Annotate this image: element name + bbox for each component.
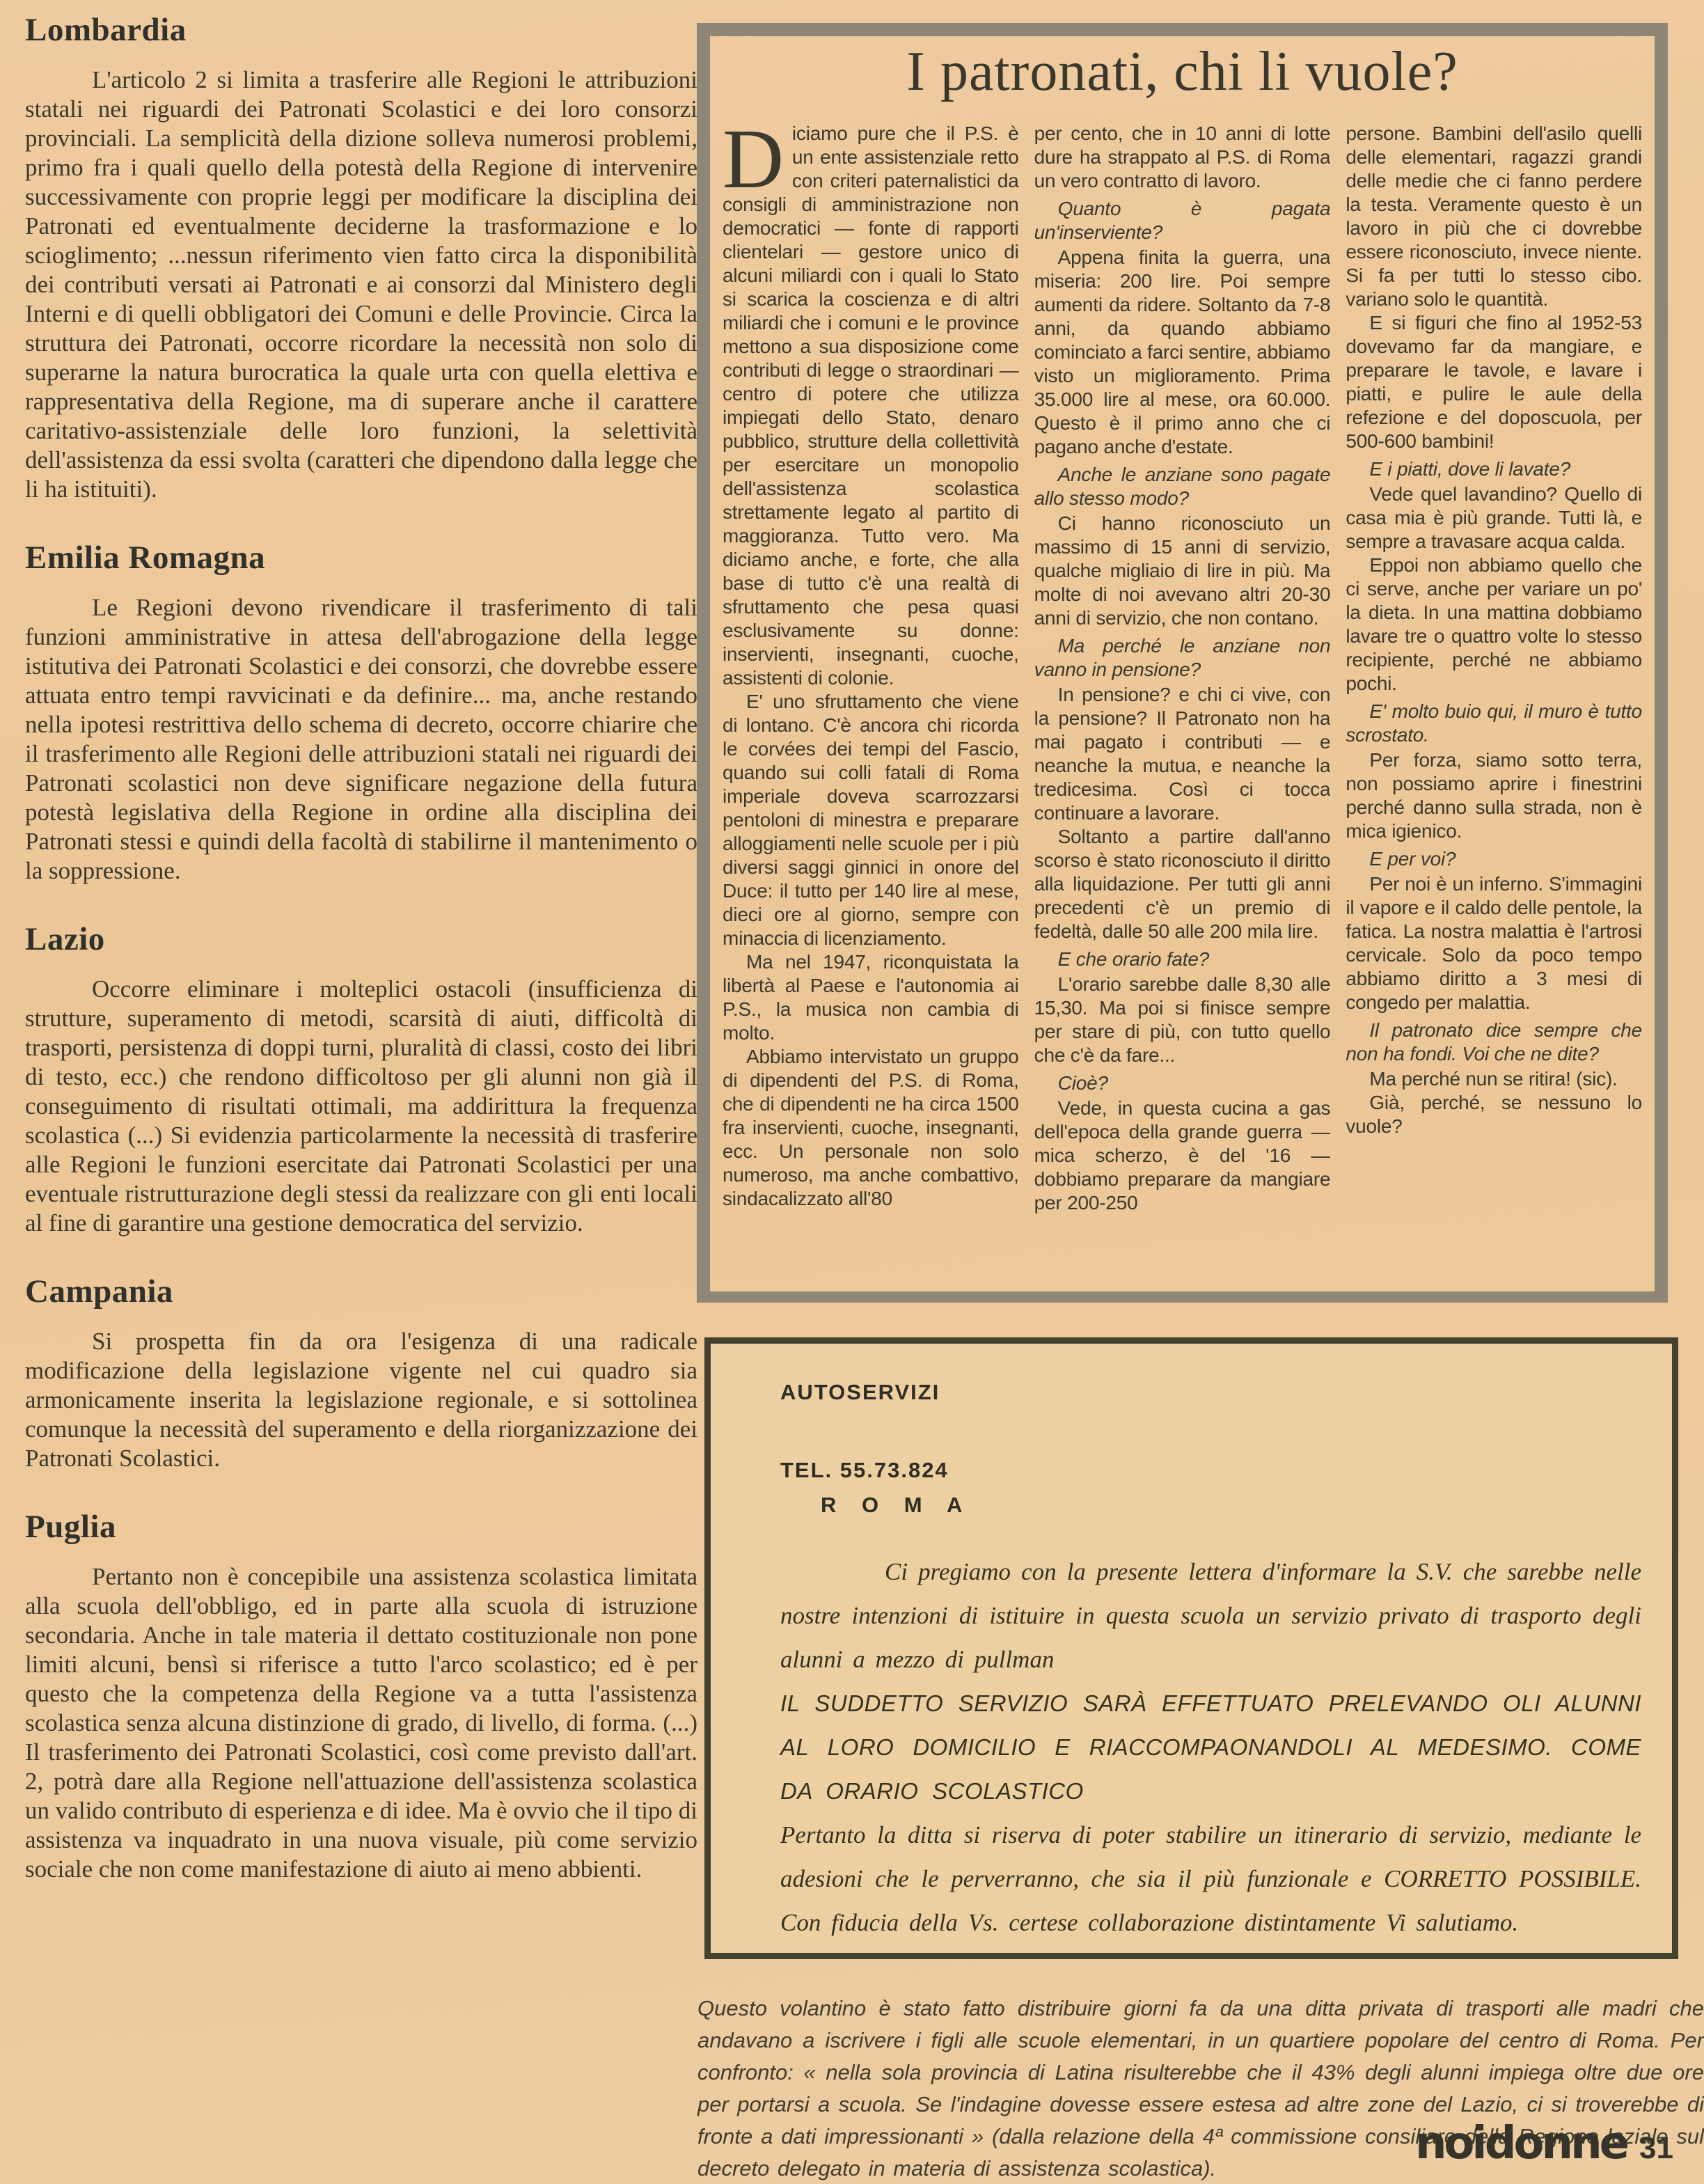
letter-body: Ci pregiamo con la presente lettera d'in… bbox=[780, 1560, 1641, 1935]
letter-line: Con fiducia della Vs. certese collaboraz… bbox=[780, 1910, 1641, 1935]
letterhead-city: R O M A bbox=[821, 1493, 1641, 1518]
paragraph-text: iciamo pure che il P.S. è un ente assist… bbox=[723, 123, 1019, 689]
letter-line: Pertanto la ditta si riserva di poter st… bbox=[780, 1823, 1641, 1848]
interview-question: Cioè? bbox=[1034, 1071, 1331, 1095]
flyer-letter-box: AUTOSERVIZI TEL. 55.73.824 R O M A Ci pr… bbox=[704, 1337, 1678, 1959]
region-section-campania: Campania Si prospetta fin da ora l'esige… bbox=[25, 1277, 697, 1473]
region-heading: Emilia Romagna bbox=[25, 543, 697, 572]
interview-question: E che orario fate? bbox=[1034, 948, 1331, 971]
article-paragraph: E' uno sfruttamento che viene di lontano… bbox=[723, 690, 1019, 950]
letter-line-caps: IL SUDDETTO SERVIZIO SARÀ EFFETTUATO PRE… bbox=[780, 1691, 1641, 1716]
region-heading: Lombardia bbox=[25, 15, 697, 45]
footer: noi donne 31 bbox=[1415, 2118, 1673, 2169]
region-heading: Puglia bbox=[25, 1512, 697, 1541]
interview-answer: Eppoi non abbiamo quello che ci serve, a… bbox=[1346, 553, 1642, 696]
interview-question: E i piatti, dove li lavate? bbox=[1346, 457, 1642, 481]
article-paragraph: Ma nel 1947, riconquistata la libertà al… bbox=[723, 950, 1019, 1045]
article-title: I patronati, chi li vuole? bbox=[710, 40, 1655, 104]
interview-question: Anche le anziane sono pagate allo stesso… bbox=[1034, 463, 1331, 510]
interview-answer: Ci hanno riconosciuto un massimo di 15 a… bbox=[1034, 512, 1331, 630]
interview-answer: Vede, in questa cucina a gas dell'epoca … bbox=[1034, 1097, 1331, 1215]
article-column-3: persone. Bambini dell'asilo quelli delle… bbox=[1346, 122, 1642, 1271]
region-body: Pertanto non è concepibile una assistenz… bbox=[25, 1562, 697, 1884]
interview-answer: Vede quel lavandino? Quello di casa mia … bbox=[1346, 482, 1642, 553]
region-body: Occorre eliminare i molteplici ostacoli … bbox=[25, 975, 697, 1238]
region-body: Le Regioni devono rivendicare il trasfer… bbox=[25, 593, 697, 886]
article-column-1: Diciamo pure che il P.S. è un ente assis… bbox=[723, 122, 1019, 1271]
region-heading: Campania bbox=[25, 1277, 697, 1306]
letterhead: AUTOSERVIZI TEL. 55.73.824 R O M A bbox=[780, 1380, 1641, 1518]
letter-line: adesioni che le perverranno, che sia il … bbox=[780, 1867, 1641, 1892]
interview-question: Ma perché le anziane non vanno in pensio… bbox=[1034, 634, 1331, 682]
letter-line: nostre intenzioni di istituire in questa… bbox=[780, 1603, 1641, 1628]
drop-cap: D bbox=[723, 122, 792, 193]
region-section-lazio: Lazio Occorre eliminare i molteplici ost… bbox=[25, 925, 697, 1238]
article-paragraph: per cento, che in 10 anni di lotte dure … bbox=[1034, 122, 1331, 193]
magazine-logo: noi donne bbox=[1415, 2118, 1627, 2169]
article-paragraph: Diciamo pure che il P.S. è un ente assis… bbox=[723, 122, 1019, 690]
interview-answer: Per noi è un inferno. S'immagini il vapo… bbox=[1346, 872, 1642, 1014]
interview-question: Il patronato dice sempre che non ha fond… bbox=[1346, 1019, 1642, 1066]
interview-question: Quanto è pagata un'inserviente? bbox=[1034, 197, 1331, 244]
interview-question: E' molto buio qui, il muro è tutto scros… bbox=[1346, 700, 1642, 747]
interview-question: E per voi? bbox=[1346, 847, 1642, 871]
interview-answer: E si figuri che fino al 1952-53 dovevamo… bbox=[1346, 311, 1642, 453]
interview-answer: Per forza, siamo sotto terra, non possia… bbox=[1346, 748, 1642, 843]
region-section-emilia-romagna: Emilia Romagna Le Regioni devono rivendi… bbox=[25, 543, 697, 886]
article-column-2: per cento, che in 10 anni di lotte dure … bbox=[1034, 122, 1331, 1271]
letter-line: alunni a mezzo di pullman bbox=[780, 1647, 1641, 1672]
letter-line-caps: AL LORO DOMICILIO E RIACCOMPAONANDOLI AL… bbox=[780, 1735, 1641, 1760]
magazine-page: Lombardia L'articolo 2 si limita a trasf… bbox=[0, 0, 1704, 2184]
region-section-puglia: Puglia Pertanto non è concepibile una as… bbox=[25, 1512, 697, 1884]
article-paragraph: Abbiamo intervistato un gruppo di dipend… bbox=[723, 1045, 1019, 1211]
page-number: 31 bbox=[1639, 2131, 1673, 2166]
interview-answer: Ma perché nun se ritira! (sic). bbox=[1346, 1067, 1642, 1091]
region-section-lombardia: Lombardia L'articolo 2 si limita a trasf… bbox=[25, 15, 697, 504]
region-body: Si prospetta fin da ora l'esigenza di un… bbox=[25, 1327, 697, 1473]
interview-answer: Già, perché, se nessuno lo vuole? bbox=[1346, 1091, 1642, 1138]
letterhead-phone: TEL. 55.73.824 bbox=[780, 1458, 1641, 1483]
interview-answer: Appena finita la guerra, una miseria: 20… bbox=[1034, 246, 1331, 459]
interview-answer: Soltanto a partire dall'anno scorso è st… bbox=[1034, 825, 1331, 943]
interview-answer: L'orario sarebbe dalle 8,30 alle 15,30. … bbox=[1034, 973, 1331, 1067]
region-body: L'articolo 2 si limita a trasferire alle… bbox=[25, 65, 697, 504]
article-columns: Diciamo pure che il P.S. è un ente assis… bbox=[710, 122, 1655, 1271]
article-paragraph: persone. Bambini dell'asilo quelli delle… bbox=[1346, 122, 1642, 311]
letterhead-company: AUTOSERVIZI bbox=[780, 1380, 1641, 1405]
interview-answer: In pensione? e chi ci vive, con la pensi… bbox=[1034, 683, 1331, 825]
region-heading: Lazio bbox=[25, 925, 697, 954]
letter-line-caps: DA ORARIO SCOLASTICO bbox=[780, 1779, 1641, 1804]
interview-article-box: I patronati, chi li vuole? Diciamo pure … bbox=[697, 23, 1668, 1303]
letter-line: Ci pregiamo con la presente lettera d'in… bbox=[780, 1560, 1641, 1585]
regional-opinions-column: Lombardia L'articolo 2 si limita a trasf… bbox=[25, 11, 697, 2178]
